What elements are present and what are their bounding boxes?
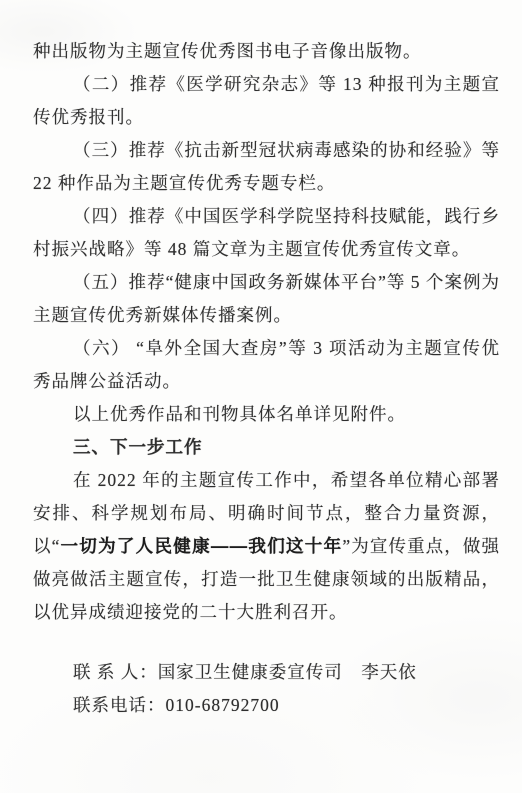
- list-item-recommend-brand-activities: （六） “阜外全国大查房”等 3 项活动为主题宣传优秀品牌公益活动。: [33, 332, 500, 398]
- contact-block: 联 系 人：国家卫生健康委宣传司 李天依 联系电话：010-68792700: [33, 656, 500, 722]
- contact-phone-label: 联系电话：: [73, 695, 166, 715]
- document-page: 种出版物为主题宣传优秀图书电子音像出版物。 （二）推荐《医学研究杂志》等 13 …: [0, 0, 522, 793]
- contact-person-label: 联 系 人：: [73, 662, 158, 682]
- list-item-recommend-new-media-cases: （五）推荐“健康中国政务新媒体平台”等 5 个案例为主题宣传优秀新媒体传播案例。: [33, 266, 500, 332]
- list-item-recommend-articles: （四）推荐《中国医学科学院坚持科技赋能，践行乡村振兴战略》等 48 篇文章为主题…: [33, 200, 500, 266]
- contact-person-value: 国家卫生健康委宣传司 李天依: [158, 662, 417, 682]
- appendix-note: 以上优秀作品和刊物具体名单详见附件。: [33, 398, 500, 431]
- contact-phone-value: 010-68792700: [166, 695, 280, 715]
- list-item-recommend-columns: （三）推荐《抗击新型冠状病毒感染的协和经验》等 22 种作品为主题宣传优秀专题专…: [33, 134, 500, 200]
- paragraph-continuation: 种出版物为主题宣传优秀图书电子音像出版物。: [33, 35, 500, 68]
- list-item-recommend-journals: （二）推荐《医学研究杂志》等 13 种报刊为主题宣传优秀报刊。: [33, 68, 500, 134]
- document-body: 种出版物为主题宣传优秀图书电子音像出版物。 （二）推荐《医学研究杂志》等 13 …: [33, 35, 500, 722]
- paragraph-next-steps: 在 2022 年的主题宣传工作中，希望各单位精心部署安排、科学规划布局、明确时间…: [33, 464, 500, 629]
- section-heading-next-steps: 三、下一步工作: [33, 431, 500, 464]
- contact-person-line: 联 系 人：国家卫生健康委宣传司 李天依: [33, 656, 500, 689]
- next-steps-highlight-slogan: 一切为了人民健康——我们这十年: [60, 536, 342, 556]
- contact-phone-line: 联系电话：010-68792700: [33, 689, 500, 722]
